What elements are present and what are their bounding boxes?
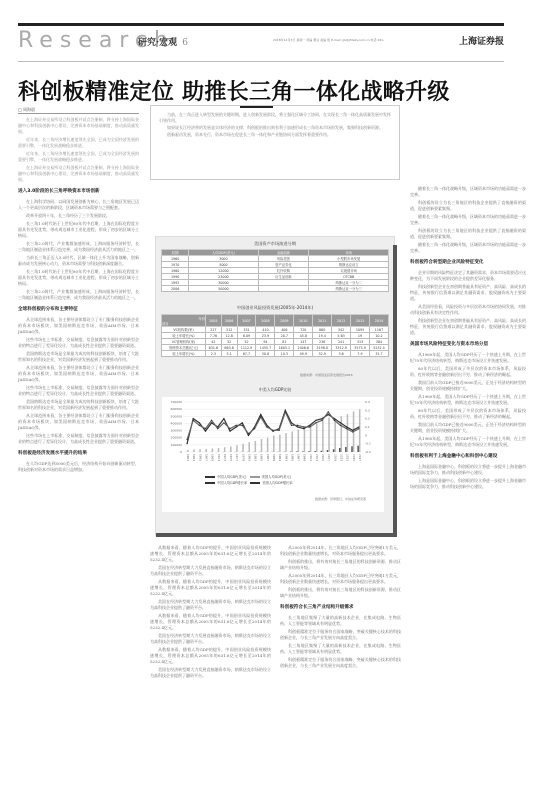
svg-text:0: 0 <box>180 450 182 454</box>
cell: 2.3 <box>206 351 222 357</box>
paragraph: 长三角地区集聚了大量的高新技术企业，在集成电路、生物医药、人工智能等领域具有明显… <box>280 643 401 655</box>
dateline: 2018年12月3日 星期一 责编 曹亚 美编 组 E-mail: jjb@jf… <box>273 38 384 42</box>
byline-rule <box>18 113 139 114</box>
legend-label: 中国人均GDP增长率 <box>217 481 247 485</box>
year-header: 2006 <box>221 315 237 327</box>
subhead: 科创板是经济发展水平提升的结果 <box>18 451 139 457</box>
subhead: 科创板符合转型期企业风险特征变化 <box>410 260 526 266</box>
year-header: 2010 <box>294 315 313 327</box>
paragraph: 这些市场在上市标准、交易制度、信息披露等方面针对创新型企业的特点进行了差异化设计… <box>18 385 139 397</box>
masthead-top-rule <box>18 23 504 26</box>
svg-text:400000: 400000 <box>171 421 183 425</box>
svg-text:1989: 1989 <box>272 454 276 461</box>
masthead-bottom-rule <box>18 61 504 62</box>
page-number: 6 <box>182 38 188 48</box>
row-label: 较上年增长(%) <box>162 351 206 357</box>
year-header: 2007 <box>237 315 256 327</box>
paragraph: 随着长三角一体化战略升级，区域资本市场的功能亟需进一步完善。 <box>410 186 526 198</box>
svg-text:1985: 1985 <box>260 454 264 461</box>
paragraph: 美国纳斯达克市场是全球最为成功的科技创新板块，培育了大批世界知名的科技企业，对美… <box>18 351 139 363</box>
paragraph: 从全球范围来看，各主要经济体都设立了专门服务科技创新企业的资本市场板块，如美国纳… <box>18 365 139 383</box>
legend-label: 中国人均GDP(美元) <box>217 475 246 479</box>
year-header: 2012 <box>332 315 351 327</box>
corner-bottom: 项目 <box>162 321 205 326</box>
svg-text:1999: 1999 <box>303 454 307 461</box>
legend-swatch-cn-growth <box>205 482 215 484</box>
china-vc-table: 年份 项目 2005 2006 2007 2008 2009 2010 2011… <box>161 314 389 357</box>
section-label: 研究·宏观 6 <box>138 35 188 48</box>
paragraph: 科创板的推出，将有效对接长三角地区的科技创新资源，推动区域产业结构升级。 <box>280 559 401 571</box>
intro-paragraph: 当前，在三角正进入转型发展的关键时期，进入创新发展阶段，将立强化区域分工协同，在… <box>159 112 391 124</box>
svg-text:2015: 2015 <box>352 454 356 461</box>
svg-text:1977: 1977 <box>235 454 239 461</box>
italic-lead: 在上海科学协同，以同国发展创新为核心，长三角地区发展已迈入一个更高层次的新阶段，… <box>18 199 139 211</box>
svg-text:1963: 1963 <box>192 454 196 461</box>
svg-text:1967: 1967 <box>204 454 208 461</box>
corner-header: 年份 项目 <box>162 315 206 327</box>
svg-text:1979: 1979 <box>241 454 245 461</box>
paragraph: 在上海证券交易所设立科创板并试点注册制，将支持上海国际金融中心和科技创新中心建设… <box>18 165 139 183</box>
paragraph: 美国在经济转型期大力发展直接融资市场，纳斯达克市场的设立为高科技企业提供了融资平… <box>150 667 271 679</box>
svg-text:-0.1: -0.1 <box>365 442 371 446</box>
svg-text:1995: 1995 <box>290 454 294 461</box>
paragraph: 从数据来看，随着人均GDP的提升，中国创业风险投资规模快速增长，管理资本总额从2… <box>150 579 271 597</box>
chart-title: 中美人均GDP比较 <box>155 387 395 393</box>
cell: 50000 <box>189 286 258 292</box>
svg-text:2001: 2001 <box>309 454 313 461</box>
paragraph: 从数据来看，随着人均GDP的提升，中国创业风险投资规模快速增长，管理资本总额从2… <box>150 545 271 563</box>
paragraph: 从1960年起，美国人均GDP经历了一个快速上升期，在上世纪70年代经济结构转型… <box>410 394 526 406</box>
paragraph: 从1960年起，美国人均GDP经历了一个快速上升期，在上世纪70年代经济结构转型… <box>410 352 526 364</box>
paragraph: 随着长三角一体化战略升级，区域资本市场的功能亟需进一步完善。 <box>410 214 526 226</box>
paragraph: 从2005年到2014年，长三角地区人均GDP已经突破1万美元，科技创新企业数量… <box>280 545 401 557</box>
svg-text:1983: 1983 <box>254 454 258 461</box>
gdp-chart: 0100000200000300000400000500000600000700… <box>162 397 384 512</box>
paragraph: 科创板的设立为长三角地区的科技企业提供了直接融资的渠道，促进创新要素集聚。 <box>410 200 526 212</box>
paragraph: 从数据来看，随着人均GDP的提升，中国创业风险投资规模快速增长，管理资本总额从2… <box>150 647 271 665</box>
svg-text:0: 0 <box>365 433 367 437</box>
paragraph: 近年来，长三角经济增长速度领先全国，已成为全国经济发展的重要引擎，一体化发展战略… <box>18 151 139 163</box>
cell: 31.7 <box>369 351 388 357</box>
paragraph: 我国目前人均GDP已接近9000美元，正处于经济结构转型的关键期，创业投资规模持… <box>410 422 526 434</box>
svg-text:1981: 1981 <box>247 454 251 461</box>
svg-text:0.2: 0.2 <box>365 417 370 421</box>
section-name: 研究·宏观 <box>138 38 177 48</box>
article-column-2: 从数据来看，随着人均GDP的提升，中国创业风险投资规模快速增长，管理资本总额从2… <box>150 545 271 795</box>
paragraph: 80年代以后，美国形成了多层次的资本市场体系，风险投资、杠杆收购等金融创新层出不… <box>410 408 526 420</box>
cell: 纳斯达克一分为三 <box>309 286 389 292</box>
cell: 30.8 <box>256 351 275 357</box>
year-header: 2014 <box>369 315 388 327</box>
svg-text:1973: 1973 <box>223 454 227 461</box>
svg-text:2007: 2007 <box>327 454 331 461</box>
paragraph: 在人均GDP达到5000美元后，经济结构开始向创新驱动转型，科技创新对资本市场的… <box>18 461 139 473</box>
year-header: 2013 <box>351 315 370 327</box>
legend-swatch-cn-gdp <box>205 476 215 478</box>
year-header: 2011 <box>313 315 332 327</box>
paragraph: 上海是国际金融中心，科创板的设立将进一步提升上海金融市场的国际竞争力，推动科技创… <box>410 478 526 490</box>
svg-text:100000: 100000 <box>171 443 183 447</box>
article-column-3: 从2005年到2014年，长三角地区人均GDP已经突破1万美元，科技创新企业数量… <box>280 545 401 795</box>
svg-text:1965: 1965 <box>198 454 202 461</box>
intro-paragraph: 如果说长江经济带的发展是实体经济的支撑，科创板的推出则有利于加速形成长三角资本市… <box>159 125 391 131</box>
italic-lead: 企业早期的风险特征决定了其融资需求，资本市场需要适应这种变化，为不同发展阶段的企… <box>410 270 526 282</box>
chart-legend: 中国人均GDP(美元) 美国人均GDP(美元) 中国人均GDP增长率 美国人均G… <box>205 474 293 486</box>
svg-text:1993: 1993 <box>284 454 288 461</box>
paragraph: 长三角2.0时代，产业集群加速形成，上海向服务经济转型，长三角地区制造业体系日趋… <box>18 289 139 301</box>
svg-text:200000: 200000 <box>171 436 183 440</box>
cell: 67.7 <box>237 351 256 357</box>
svg-text:500000: 500000 <box>171 414 183 418</box>
svg-text:-0.2: -0.2 <box>365 450 371 454</box>
paragraph: 从全球范围来看，各主要经济体都设立了专门服务科技创新企业的资本市场板块，如美国纳… <box>18 413 139 431</box>
paragraph: 近年来，长三角经济增长速度领先全国，已成为全国经济发展的重要引擎，一体化发展战略… <box>18 137 139 149</box>
paragraph: 美国在经济转型期大力发展直接融资市场，纳斯达克市场的设立为高科技企业提供了融资平… <box>150 565 271 577</box>
chart-source: 数据来源：世界银行，中信证券研究部 <box>315 497 366 501</box>
chart-plot: 0100000200000300000400000500000600000700… <box>162 397 384 472</box>
legend-swatch-us-growth <box>250 482 260 484</box>
paragraph: 科创板的设立为长三角地区的科技企业提供了直接融资的渠道，促进创新要素集聚。 <box>410 228 526 240</box>
svg-text:1991: 1991 <box>278 454 282 461</box>
paragraph: 从全球范围来看，各主要经济体都设立了专门服务科技创新企业的资本市场板块，如美国纳… <box>18 317 139 335</box>
table2-title: 中国创业风险投资发展(2005年-2014年) <box>155 305 395 311</box>
svg-text:600000: 600000 <box>171 407 183 411</box>
paragraph: 从数据来看，随着人均GDP的提升，中国创业风险投资规模快速增长，管理资本总额从2… <box>150 613 271 631</box>
cell <box>258 286 309 292</box>
masthead: Research 研究·宏观 6 2018年12月3日 星期一 责编 曹亚 美编… <box>18 28 504 58</box>
paragraph: 从2005年到2014年，长三角地区人均GDP已经突破1万美元，科技创新企业数量… <box>280 573 401 585</box>
article-column-4: 随着长三角一体化战略升级，区域资本市场的功能亟需进一步完善。 科创板的设立为长三… <box>410 186 526 796</box>
svg-text:1975: 1975 <box>229 454 233 461</box>
subhead: 科创板符合长三角产业结构升级需求 <box>280 605 401 611</box>
article-column-1: 在上海证券交易所设立科创板并试点注册制，将支持上海国际金融中心和科技创新中心建设… <box>18 117 139 796</box>
paragraph: 长三角1.0时代始于上世纪80年代中后期，上海在国际化程度方面具有先发优势，带动… <box>18 221 139 239</box>
svg-text:1969: 1969 <box>211 454 215 461</box>
paragraph: 改革开放四十年，长三角经历了三个发展阶段。 <box>18 213 139 219</box>
svg-text:2005: 2005 <box>321 454 325 461</box>
cell: 5.1 <box>221 351 237 357</box>
paragraph: 科创板的推出，将有效对接长三角地区的科技创新资源，推动区域产业结构升级。 <box>280 587 401 599</box>
paragraph: 80年代以后，美国形成了多层次的资本市场体系，风险投资、杠杆收购等金融创新层出不… <box>410 366 526 378</box>
table2-source: 数据来源：中国创业投资发展报告2015 <box>300 373 353 377</box>
paragraph: 在上海证券交易所设立科创板并试点注册制，将支持上海国际金融中心和科技创新中心建设… <box>18 117 139 135</box>
paragraph: 这些市场在上市标准、交易制度、信息披露等方面针对创新型企业的特点进行了差异化设计… <box>18 433 139 445</box>
svg-text:1997: 1997 <box>297 454 301 461</box>
paragraph: 科技创新型企业在初创期普遍具有轻资产、高风险、高成长的特征，传统银行信贷难以满足… <box>410 284 526 302</box>
paragraph: 科技创新型企业在初创期普遍具有轻资产、高风险、高成长的特征，传统银行信贷难以满足… <box>410 318 526 336</box>
subhead: 进入3.0阶段的长三角呼唤资本市场创新 <box>18 189 139 195</box>
table1-title: 美国资产市场演进分期 <box>155 241 395 247</box>
svg-text:0.3: 0.3 <box>365 408 370 412</box>
paragraph: 科创板精准定位于服务符合国家战略、突破关键核心技术的科技创新企业，与长三角产业发… <box>280 657 401 669</box>
paragraph: 从美国经验看，风险投资与多层次资本市场的协同发展，对推动科技创新具有决定性作用。 <box>410 304 526 316</box>
svg-text:700000: 700000 <box>171 400 183 404</box>
newspaper-name: 上海证券报 <box>459 34 504 47</box>
cell: 32.9 <box>313 351 332 357</box>
paragraph: 美国在经济转型期大力发展直接融资市场，纳斯达克市场的设立为高科技企业提供了融资平… <box>150 599 271 611</box>
paragraph: 美国在经济转型期大力发展直接融资市场，纳斯达克市场的设立为高科技企业提供了融资平… <box>150 633 271 645</box>
paragraph: 美国纳斯达克市场是全球最为成功的科技创新板块，培育了大批世界知名的科技企业，对美… <box>18 399 139 411</box>
cell: 3.6 <box>332 351 351 357</box>
paragraph: 上海是国际金融中心，科创板的设立将进一步提升上海金融市场的国际竞争力，推动科技创… <box>410 464 526 476</box>
headline: 科创板精准定位 助推长三角一体化战略升级 <box>18 75 450 106</box>
intro-accent-bar <box>240 106 273 108</box>
table-row: 200650000纳斯达克一分为三 <box>162 286 389 292</box>
year-header: 2009 <box>275 315 294 327</box>
paragraph: 这些市场在上市标准、交易制度、信息披露等方面针对创新型企业的特点进行了差异化设计… <box>18 337 139 349</box>
paragraph: 我国目前人均GDP已接近9000美元，正处于经济结构转型的关键期，创业投资规模持… <box>410 380 526 392</box>
svg-text:2011: 2011 <box>340 454 344 461</box>
cell: 7.9 <box>351 351 370 357</box>
year-header: 2005 <box>206 315 222 327</box>
subhead: 美国市场风险特征变化与资本市场分层 <box>410 342 526 348</box>
us-asset-market-table: 时期 人均GDP(美元) 金融创新 市场 19603000风险投资小型股市场发展… <box>161 249 389 292</box>
svg-text:0.1: 0.1 <box>365 425 370 429</box>
paragraph: 长三角1.0时代始于上世纪80年代中后期，上海在国际化程度方面具有先发优势，带动… <box>18 269 139 287</box>
svg-text:1987: 1987 <box>266 454 270 461</box>
legend-label: 美国人均GDP(美元) <box>262 475 291 479</box>
svg-text:2009: 2009 <box>333 454 337 461</box>
panel-shadow <box>156 533 397 537</box>
subhead: 全球科创板的分布和主要特征 <box>18 307 139 313</box>
svg-text:2013: 2013 <box>346 454 350 461</box>
paragraph: 从1960年起，美国人均GDP经历了一个快速上升期，在上世纪70年代经济结构转型… <box>410 436 526 448</box>
paragraph: 当前长三角正迈入3.0时代，区域一体化上升为国家战略，创新驱动成为发展核心动力，… <box>18 255 139 267</box>
cell: 2006 <box>162 286 189 292</box>
paragraph: 随着长三角一体化战略升级，区域资本市场的功能亟需进一步完善。 <box>410 242 526 254</box>
intro-paragraph: 创新驱动发展，资本先行，资本市场在促进长三角一体化和产业链协同方面发挥着重要作用… <box>159 132 391 138</box>
intro-box: 当前，在三角正进入转型发展的关键时期，进入创新发展阶段，将立强化区域分工协同，在… <box>150 105 400 180</box>
table-row: 较上年增长(%) 2.35.167.730.810.349.932.93.67.… <box>162 351 389 357</box>
svg-text:1961: 1961 <box>186 454 190 461</box>
legend-swatch-us-gdp <box>250 476 260 478</box>
paragraph: 长三角2.0时代，产业集群加速形成，上海向服务经济转型，长三角地区制造业体系日趋… <box>18 241 139 253</box>
svg-text:0.4: 0.4 <box>365 400 370 404</box>
paragraph: 长三角地区集聚了大量的高新技术企业，在集成电路、生物医药、人工智能等领域具有明显… <box>280 615 401 627</box>
cell: 49.9 <box>294 351 313 357</box>
legend-label: 美国人均GDP增长率 <box>262 481 292 485</box>
svg-text:300000: 300000 <box>171 429 183 433</box>
year-header: 2008 <box>256 315 275 327</box>
svg-text:1971: 1971 <box>217 454 221 461</box>
svg-text:2003: 2003 <box>315 454 319 461</box>
cell: 10.3 <box>275 351 294 357</box>
subhead: 科创板有利于上海金融中心和科创中心建设 <box>410 454 526 460</box>
paragraph: 科创板精准定位于服务符合国家战略、突破关键核心技术的科技创新企业，与长三角产业发… <box>280 629 401 641</box>
svg-text:2017: 2017 <box>358 454 362 461</box>
